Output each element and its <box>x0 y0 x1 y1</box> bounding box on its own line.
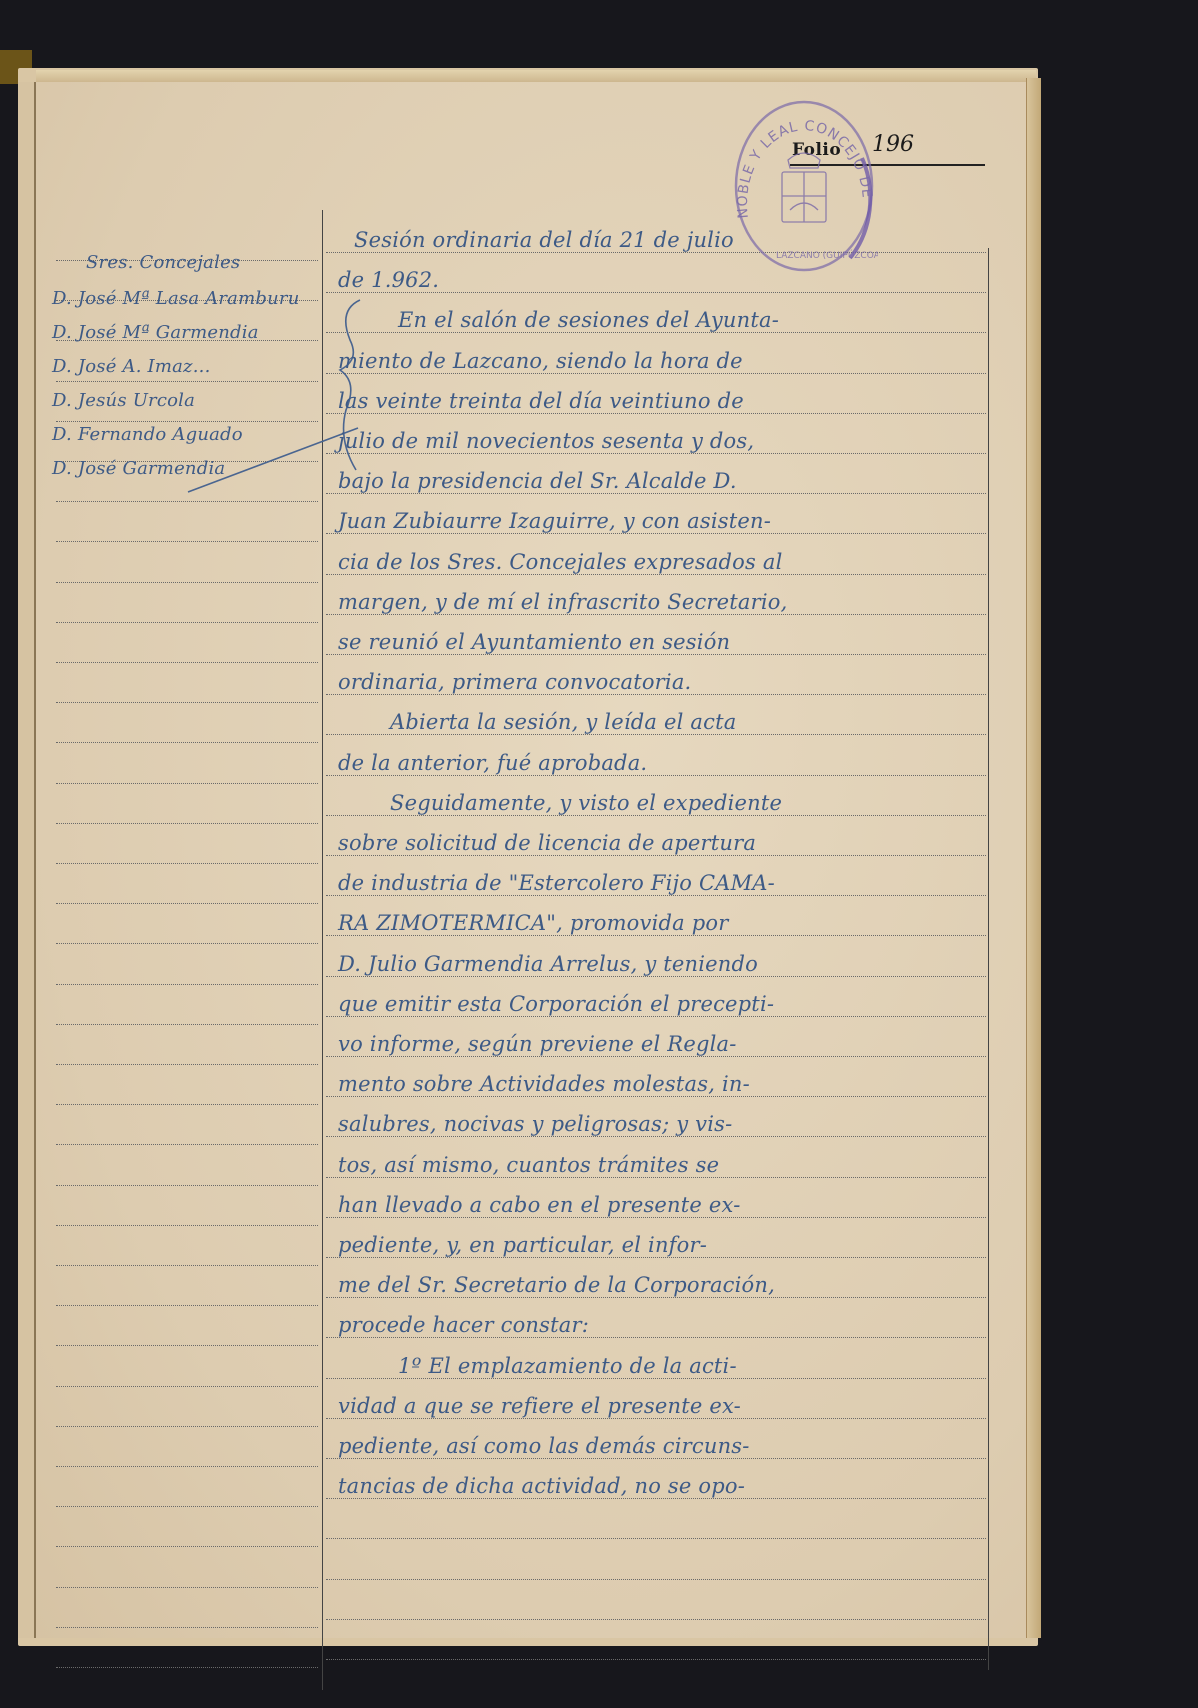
margin-ruled-line <box>56 1426 318 1427</box>
margin-ruled-line <box>56 783 318 784</box>
minutes-line: Abierta la sesión, y leída el acta <box>390 710 736 734</box>
margin-ruled-line <box>56 541 318 542</box>
minutes-line: D. Julio Garmendia Arrelus, y teniendo <box>338 952 758 976</box>
ruled-line <box>326 1498 986 1499</box>
folio-number: 196 <box>872 132 914 157</box>
minutes-line: me del Sr. Secretario de la Corporación, <box>338 1273 775 1297</box>
page-right-edge <box>1026 78 1041 1638</box>
ruled-line <box>326 1177 986 1178</box>
minutes-line: miento de Lazcano, siendo la hora de <box>338 349 743 373</box>
ruled-line <box>326 533 986 534</box>
margin-ruled-line <box>56 1265 318 1266</box>
ruled-line <box>326 1016 986 1017</box>
minutes-line: se reunió el Ayuntamiento en sesión <box>338 630 730 654</box>
ruled-line <box>326 855 986 856</box>
attendee-1: D. José Mª Lasa Aramburu <box>52 288 300 309</box>
margin-ruled-line <box>56 943 318 944</box>
ruled-line <box>326 694 986 695</box>
right-rule-line <box>988 248 989 1670</box>
attendee-2: D. José Mª Garmendia <box>52 322 259 343</box>
margin-heading: Sres. Concejales <box>86 252 240 273</box>
margin-ruled-line <box>56 501 318 502</box>
ruled-line <box>326 895 986 896</box>
ruled-line <box>326 453 986 454</box>
minutes-line: las veinte treinta del día veintiuno de <box>338 389 744 413</box>
attendee-3: D. José A. Imaz... <box>52 356 211 377</box>
ruled-line <box>326 1659 986 1660</box>
margin-ruled-line <box>56 1064 318 1065</box>
ruled-line <box>326 614 986 615</box>
minutes-line: ordinaria, primera convocatoria. <box>338 670 691 694</box>
ruled-line <box>326 1136 986 1137</box>
minutes-line: cia de los Sres. Concejales expresados a… <box>338 550 783 574</box>
minutes-line: En el salón de sesiones del Ayunta- <box>398 308 779 332</box>
margin-ruled-line <box>56 1386 318 1387</box>
ruled-line <box>326 976 986 977</box>
ruled-line <box>326 1257 986 1258</box>
margin-ruled-line <box>56 984 318 985</box>
minutes-line: bajo la presidencia del Sr. Alcalde D. <box>338 469 737 493</box>
margin-ruled-line <box>56 903 318 904</box>
ruled-line <box>326 1619 986 1620</box>
ruled-line <box>326 1579 986 1580</box>
margin-ruled-line <box>56 622 318 623</box>
ruled-line <box>326 1538 986 1539</box>
minutes-line: pediente, y, en particular, el infor- <box>338 1233 707 1257</box>
margin-ruled-line <box>56 421 318 422</box>
margin-ruled-line <box>56 1144 318 1145</box>
margin-ruled-line <box>56 1506 318 1507</box>
margin-ruled-line <box>56 742 318 743</box>
ruled-line <box>326 1096 986 1097</box>
ruled-line <box>326 413 986 414</box>
ruled-line <box>326 1418 986 1419</box>
minutes-line: salubres, nocivas y peligrosas; y vis- <box>338 1112 732 1136</box>
ruled-line <box>326 1217 986 1218</box>
margin-ruled-line <box>56 381 318 382</box>
minutes-line: han llevado a cabo en el presente ex- <box>338 1193 741 1217</box>
ruled-line <box>326 493 986 494</box>
margin-line <box>322 210 323 1690</box>
ruled-line <box>326 935 986 936</box>
minutes-line: de la anterior, fué aprobada. <box>338 751 647 775</box>
margin-ruled-line <box>56 1546 318 1547</box>
margin-ruled-line <box>56 1345 318 1346</box>
minutes-line: RA ZIMOTERMICA", promovida por <box>338 911 728 935</box>
margin-ruled-line <box>56 1667 318 1668</box>
ruled-line <box>326 1297 986 1298</box>
ruled-line <box>326 654 986 655</box>
margin-ruled-line <box>56 1225 318 1226</box>
minutes-line: Sesión ordinaria del día 21 de julio <box>354 228 734 252</box>
margin-ruled-line <box>56 863 318 864</box>
minutes-line: Seguidamente, y visto el expediente <box>390 791 782 815</box>
minutes-line: mento sobre Actividades molestas, in- <box>338 1072 750 1096</box>
ruled-line <box>326 815 986 816</box>
ruled-line <box>326 332 986 333</box>
margin-ruled-line <box>56 1185 318 1186</box>
ruled-line <box>326 252 986 253</box>
margin-ruled-line <box>56 1104 318 1105</box>
ruled-line <box>326 1337 986 1338</box>
attendee-4: D. Jesús Urcola <box>52 390 195 411</box>
margin-ruled-line <box>56 662 318 663</box>
minutes-line: que emitir esta Corporación el precepti- <box>338 992 774 1016</box>
minutes-line: vidad a que se refiere el presente ex- <box>338 1394 741 1418</box>
minutes-line: de industria de "Estercolero Fijo CAMA- <box>338 871 775 895</box>
margin-ruled-line <box>56 582 318 583</box>
ruled-line <box>326 574 986 575</box>
minutes-line: julio de mil novecientos sesenta y dos, <box>338 429 754 453</box>
margin-ruled-line <box>56 1587 318 1588</box>
official-stamp-icon: NOBLE Y LEAL CONCEJO DE LAZCANO (GUIPÚZC… <box>730 98 878 274</box>
margin-ruled-line <box>56 1627 318 1628</box>
ruled-line <box>326 1458 986 1459</box>
margin-ruled-line <box>56 1024 318 1025</box>
margin-ruled-line <box>56 702 318 703</box>
ruled-line <box>326 1378 986 1379</box>
minutes-line: procede hacer constar: <box>338 1313 589 1337</box>
ruled-line <box>326 775 986 776</box>
stamp-lower-text: LAZCANO (GUIPÚZCOA) <box>776 249 878 261</box>
margin-ruled-line <box>56 1466 318 1467</box>
minutes-line: tancias de dicha actividad, no se opo- <box>338 1474 745 1498</box>
margin-ruled-line <box>56 823 318 824</box>
minutes-line: margen, y de mí el infrascrito Secretari… <box>338 590 788 614</box>
margin-ruled-line <box>56 1305 318 1306</box>
minutes-line: de 1.962. <box>338 268 439 292</box>
minutes-line: sobre solicitud de licencia de apertura <box>338 831 756 855</box>
ruled-line <box>326 1056 986 1057</box>
minutes-line: Juan Zubiaurre Izaguirre, y con asisten- <box>338 509 771 533</box>
binding-strip <box>18 82 37 1638</box>
minutes-line: 1º El emplazamiento de la acti- <box>398 1354 737 1378</box>
minutes-line: vo informe, según previene el Regla- <box>338 1032 737 1056</box>
ruled-line <box>326 373 986 374</box>
minutes-line: tos, así mismo, cuantos trámites se <box>338 1153 719 1177</box>
attendee-5: D. Fernando Aguado <box>52 424 243 445</box>
attendee-6: D. José Garmendia <box>52 458 225 479</box>
ruled-line <box>326 292 986 293</box>
ruled-line <box>326 734 986 735</box>
minutes-line: pediente, así como las demás circuns- <box>338 1434 750 1458</box>
